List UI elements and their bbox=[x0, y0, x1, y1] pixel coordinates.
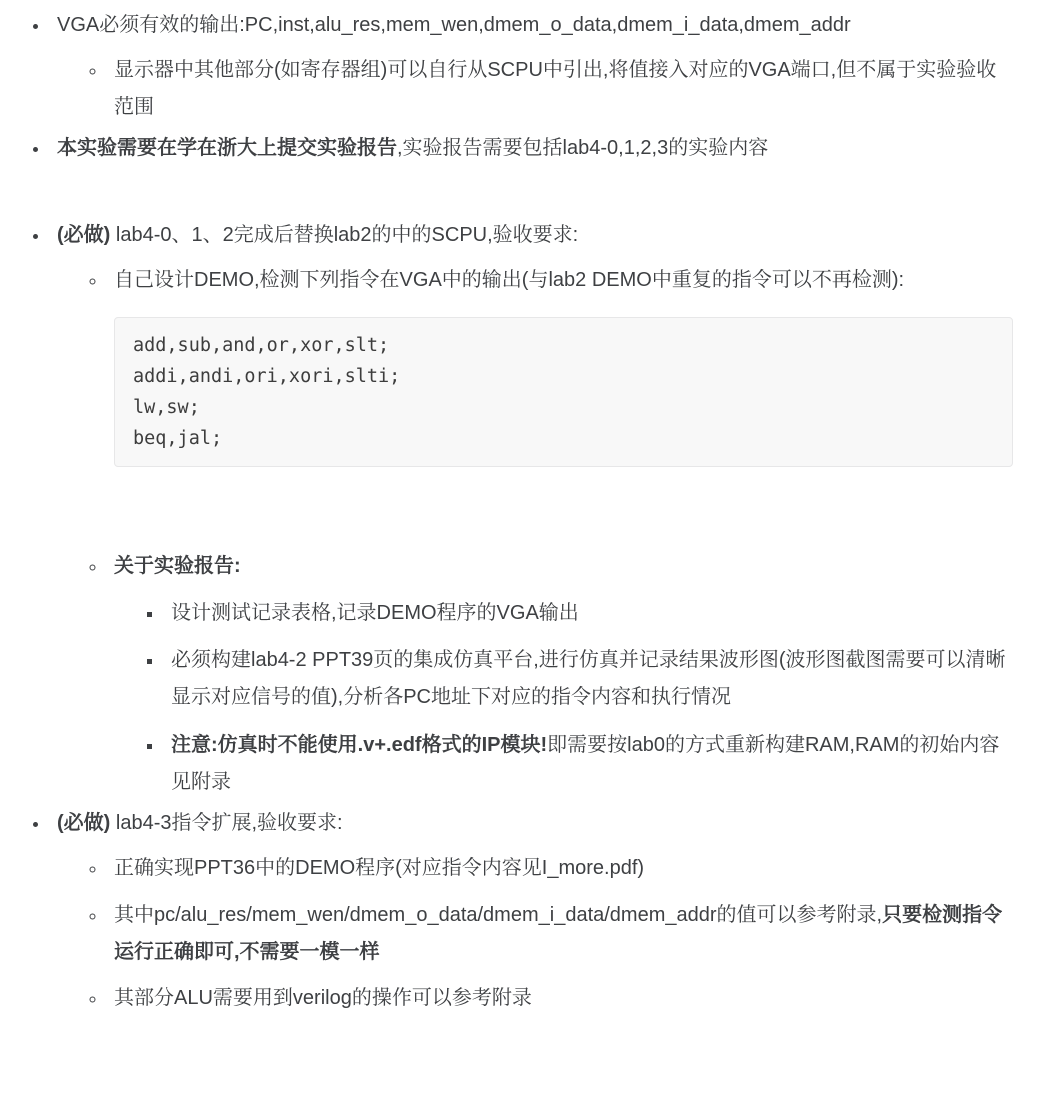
lab43-extend-rest-run: lab4-3指令扩展,验收要求: bbox=[110, 812, 342, 834]
ppt36-demo-run: 正确实现PPT36中的DEMO程序(对应指令内容见I_more.pdf) bbox=[114, 857, 644, 879]
list-item-lab43-extend: (必做) lab4-3指令扩展,验收要求: 正确实现PPT36中的DEMO程序(… bbox=[50, 805, 1013, 1017]
ip-warning-bold-run: 注意:仿真时不能使用.v+.edf格式的IP模块! bbox=[171, 734, 547, 756]
display-note-run: 显示器中其他部分(如寄存器组)可以自行从SCPU中引出,将值接入对应的VGA端口… bbox=[114, 59, 996, 118]
lab42-required-bold-run: (必做) bbox=[57, 224, 110, 246]
test-table-run: 设计测试记录表格,记录DEMO程序的VGA输出 bbox=[171, 602, 579, 624]
design-demo-run: 自己设计DEMO,检测下列指令在VGA中的输出(与lab2 DEMO中重复的指令… bbox=[114, 269, 904, 291]
vga-sublist: 显示器中其他部分(如寄存器组)可以自行从SCPU中引出,将值接入对应的VGA端口… bbox=[57, 52, 1013, 126]
display-note-text: 显示器中其他部分(如寄存器组)可以自行从SCPU中引出,将值接入对应的VGA端口… bbox=[114, 52, 1013, 126]
lab-requirements-document: VGA必须有效的输出:PC,inst,alu_res,mem_wen,dmem_… bbox=[0, 0, 1041, 1017]
list-item-sim-platform: 必须构建lab4-2 PPT39页的集成仿真平台,进行仿真并记录结果波形图(波形… bbox=[164, 642, 1013, 716]
list-item-lab42-replace: (必做) lab4-0、1、2完成后替换lab2的中的SCPU,验收要求: 自己… bbox=[50, 217, 1013, 801]
list-item-verilog-ops: 其部分ALU需要用到verilog的操作可以参考附录 bbox=[107, 980, 1013, 1017]
lab42-replace-rest-run: lab4-0、1、2完成后替换lab2的中的SCPU,验收要求: bbox=[110, 224, 578, 246]
design-demo-text: 自己设计DEMO,检测下列指令在VGA中的输出(与lab2 DEMO中重复的指令… bbox=[114, 262, 1013, 299]
vga-outputs-text: VGA必须有效的输出:PC,inst,alu_res,mem_wen,dmem_… bbox=[57, 7, 1013, 44]
submit-report-rest-run: ,实验报告需要包括lab4-0,1,2,3的实验内容 bbox=[397, 137, 768, 159]
sim-platform-text: 必须构建lab4-2 PPT39页的集成仿真平台,进行仿真并记录结果波形图(波形… bbox=[171, 642, 1013, 716]
list-item-ip-warning: 注意:仿真时不能使用.v+.edf格式的IP模块!即需要按lab0的方式重新构建… bbox=[164, 727, 1013, 801]
verilog-ops-text: 其部分ALU需要用到verilog的操作可以参考附录 bbox=[114, 980, 1013, 1017]
lab43-extend-text: (必做) lab4-3指令扩展,验收要求: bbox=[57, 805, 1013, 842]
list-item-ppt36-demo: 正确实现PPT36中的DEMO程序(对应指令内容见I_more.pdf) bbox=[107, 850, 1013, 887]
submit-report-bold-run: 本实验需要在学在浙大上提交实验报告 bbox=[57, 137, 397, 159]
list-item-submit-report: 本实验需要在学在浙大上提交实验报告,实验报告需要包括lab4-0,1,2,3的实… bbox=[50, 130, 1013, 167]
lab43-required-bold-run: (必做) bbox=[57, 812, 110, 834]
instruction-code-block: add,sub,and,or,xor,slt; addi,andi,ori,xo… bbox=[114, 317, 1013, 467]
submit-report-text: 本实验需要在学在浙大上提交实验报告,实验报告需要包括lab4-0,1,2,3的实… bbox=[57, 130, 1013, 167]
vga-outputs-run: VGA必须有效的输出:PC,inst,alu_res,mem_wen,dmem_… bbox=[57, 14, 851, 36]
about-report-text: 关于实验报告: bbox=[114, 548, 1013, 585]
list-item-ref-values: 其中pc/alu_res/mem_wen/dmem_o_data/dmem_i_… bbox=[107, 897, 1013, 971]
lab42-replace-text: (必做) lab4-0、1、2完成后替换lab2的中的SCPU,验收要求: bbox=[57, 217, 1013, 254]
lab42-sublist: 自己设计DEMO,检测下列指令在VGA中的输出(与lab2 DEMO中重复的指令… bbox=[57, 262, 1013, 801]
about-report-run: 关于实验报告: bbox=[114, 555, 241, 577]
sim-platform-run: 必须构建lab4-2 PPT39页的集成仿真平台,进行仿真并记录结果波形图(波形… bbox=[171, 649, 1006, 708]
bullet-list: VGA必须有效的输出:PC,inst,alu_res,mem_wen,dmem_… bbox=[0, 7, 1013, 1017]
list-item-test-table: 设计测试记录表格,记录DEMO程序的VGA输出 bbox=[164, 595, 1013, 632]
ip-warning-text: 注意:仿真时不能使用.v+.edf格式的IP模块!即需要按lab0的方式重新构建… bbox=[171, 727, 1013, 801]
test-table-text: 设计测试记录表格,记录DEMO程序的VGA输出 bbox=[171, 595, 1013, 632]
list-item-design-demo: 自己设计DEMO,检测下列指令在VGA中的输出(与lab2 DEMO中重复的指令… bbox=[107, 262, 1013, 467]
list-item-vga-outputs: VGA必须有效的输出:PC,inst,alu_res,mem_wen,dmem_… bbox=[50, 7, 1013, 126]
ppt36-demo-text: 正确实现PPT36中的DEMO程序(对应指令内容见I_more.pdf) bbox=[114, 850, 1013, 887]
lab43-sublist: 正确实现PPT36中的DEMO程序(对应指令内容见I_more.pdf) 其中p… bbox=[57, 850, 1013, 1017]
about-report-sublist: 设计测试记录表格,记录DEMO程序的VGA输出 必须构建lab4-2 PPT39… bbox=[114, 595, 1013, 801]
list-item-display-note: 显示器中其他部分(如寄存器组)可以自行从SCPU中引出,将值接入对应的VGA端口… bbox=[107, 52, 1013, 126]
verilog-ops-run: 其部分ALU需要用到verilog的操作可以参考附录 bbox=[114, 987, 532, 1009]
ref-values-text: 其中pc/alu_res/mem_wen/dmem_o_data/dmem_i_… bbox=[114, 897, 1013, 971]
ref-values-run: 其中pc/alu_res/mem_wen/dmem_o_data/dmem_i_… bbox=[114, 904, 882, 926]
list-item-about-report: 关于实验报告: 设计测试记录表格,记录DEMO程序的VGA输出 必须构建lab4… bbox=[107, 548, 1013, 801]
